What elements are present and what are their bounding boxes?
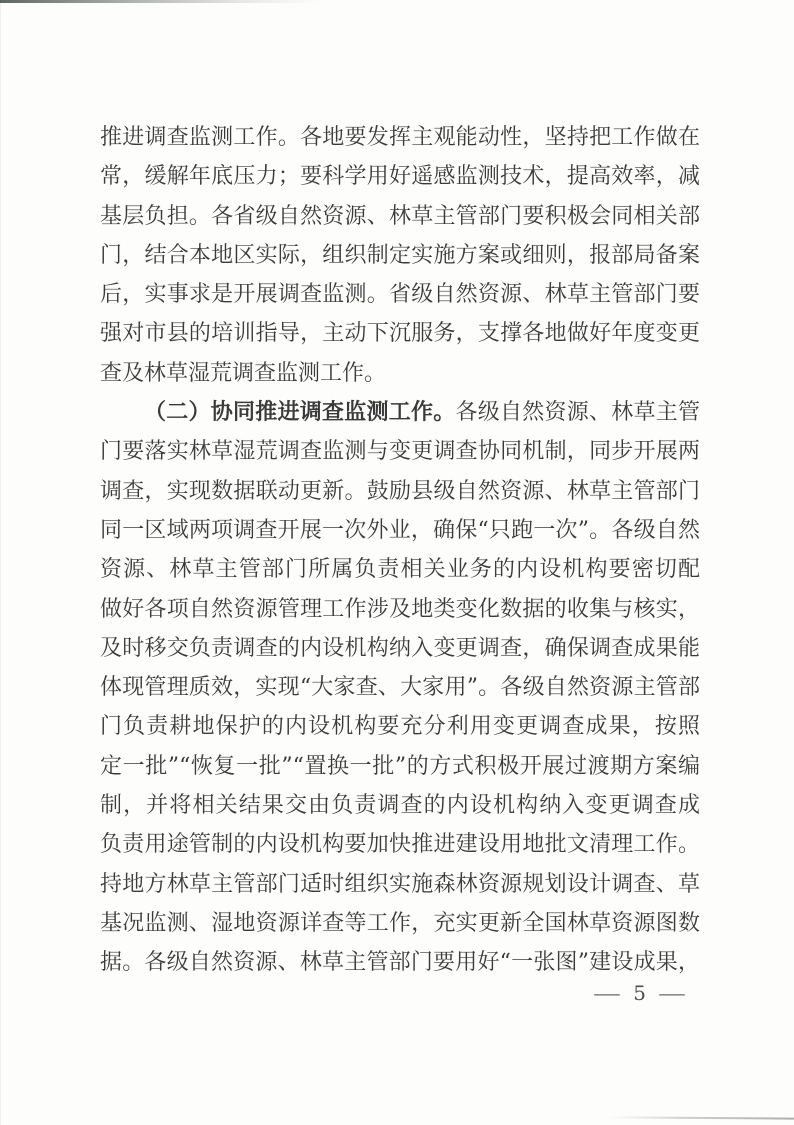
page-number-dash-left: — xyxy=(593,981,621,1005)
text-line: 做好各项自然资源管理工作涉及地类变化数据的收集与核实，并 xyxy=(100,590,700,629)
text-line: 后，实事求是开展调查监测。省级自然资源、林草主管部门要加 xyxy=(100,275,700,314)
paragraph-heading: （二）协同推进调查监测工作。 xyxy=(144,399,455,425)
text-line: 门要落实林草湿荒调查监测与变更调查协同机制，同步开展两项 xyxy=(100,432,700,471)
text-line: 体现管理质效，实现“大家查、大家用”。各级自然资源主管部 xyxy=(100,668,700,707)
page-number-value: 5 xyxy=(633,981,646,1005)
text-line: 基况监测、湿地资源详查等工作，充实更新全国林草资源图数 xyxy=(100,904,700,943)
text-line: 同一区域两项调查开展一次外业，确保“只跑一次”。各级自然 xyxy=(100,511,700,550)
text-line: 查及林草湿荒调查监测工作。 xyxy=(100,354,700,393)
text-line: 制，并将相关结果交由负责调查的内设机构纳入变更调查成果； xyxy=(100,786,700,825)
document-body: 推进调查监测工作。各地要发挥主观能动性，坚持把工作做在日常，缓解年底压力；要科学… xyxy=(100,118,700,983)
text-line: 推进调查监测工作。各地要发挥主观能动性，坚持把工作做在日 xyxy=(100,118,700,157)
text-line: 调查，实现数据联动更新。鼓励县级自然资源、林草主管部门对 xyxy=(100,472,700,511)
text-line: 负责用途管制的内设机构要加快推进建设用地批文清理工作。支 xyxy=(100,825,700,864)
text-line: （二）协同推进调查监测工作。各级自然资源、林草主管部 xyxy=(100,393,700,432)
text-line: 定一批”“恢复一批”“置换一批”的方式积极开展过渡期方案编 xyxy=(100,747,700,786)
text-line: 门负责耕地保护的内设机构要充分利用变更调查成果，按照“认 xyxy=(100,707,700,746)
text-line: 据。各级自然资源、林草主管部门要用好“一张图”建设成果， xyxy=(100,943,700,982)
text-line: 常，缓解年底压力；要科学用好遥感监测技术，提高效率，减轻 xyxy=(100,157,700,196)
scan-top-edge xyxy=(0,0,320,3)
document-page: 推进调查监测工作。各地要发挥主观能动性，坚持把工作做在日常，缓解年底压力；要科学… xyxy=(0,0,794,1125)
text-line: 强对市县的培训指导，主动下沉服务，支撑各地做好年度变更调 xyxy=(100,314,700,353)
page-number-dash-right: — xyxy=(658,981,686,1005)
text-line: 基层负担。各省级自然资源、林草主管部门要积极会同相关部 xyxy=(100,197,700,236)
text-line: 持地方林草主管部门适时组织实施森林资源规划设计调查、草原 xyxy=(100,865,700,904)
text-line: 门，结合本地区实际，组织制定实施方案或细则，报部局备案 xyxy=(100,236,700,275)
scan-left-edge xyxy=(0,0,1,1125)
scan-bottom-edge xyxy=(609,1116,794,1119)
text-line: 及时移交负责调查的内设机构纳入变更调查，确保调查成果能够 xyxy=(100,629,700,668)
page-number: —5— xyxy=(597,981,682,1005)
text-line: 资源、林草主管部门所属负责相关业务的内设机构要密切配合， xyxy=(100,550,700,589)
